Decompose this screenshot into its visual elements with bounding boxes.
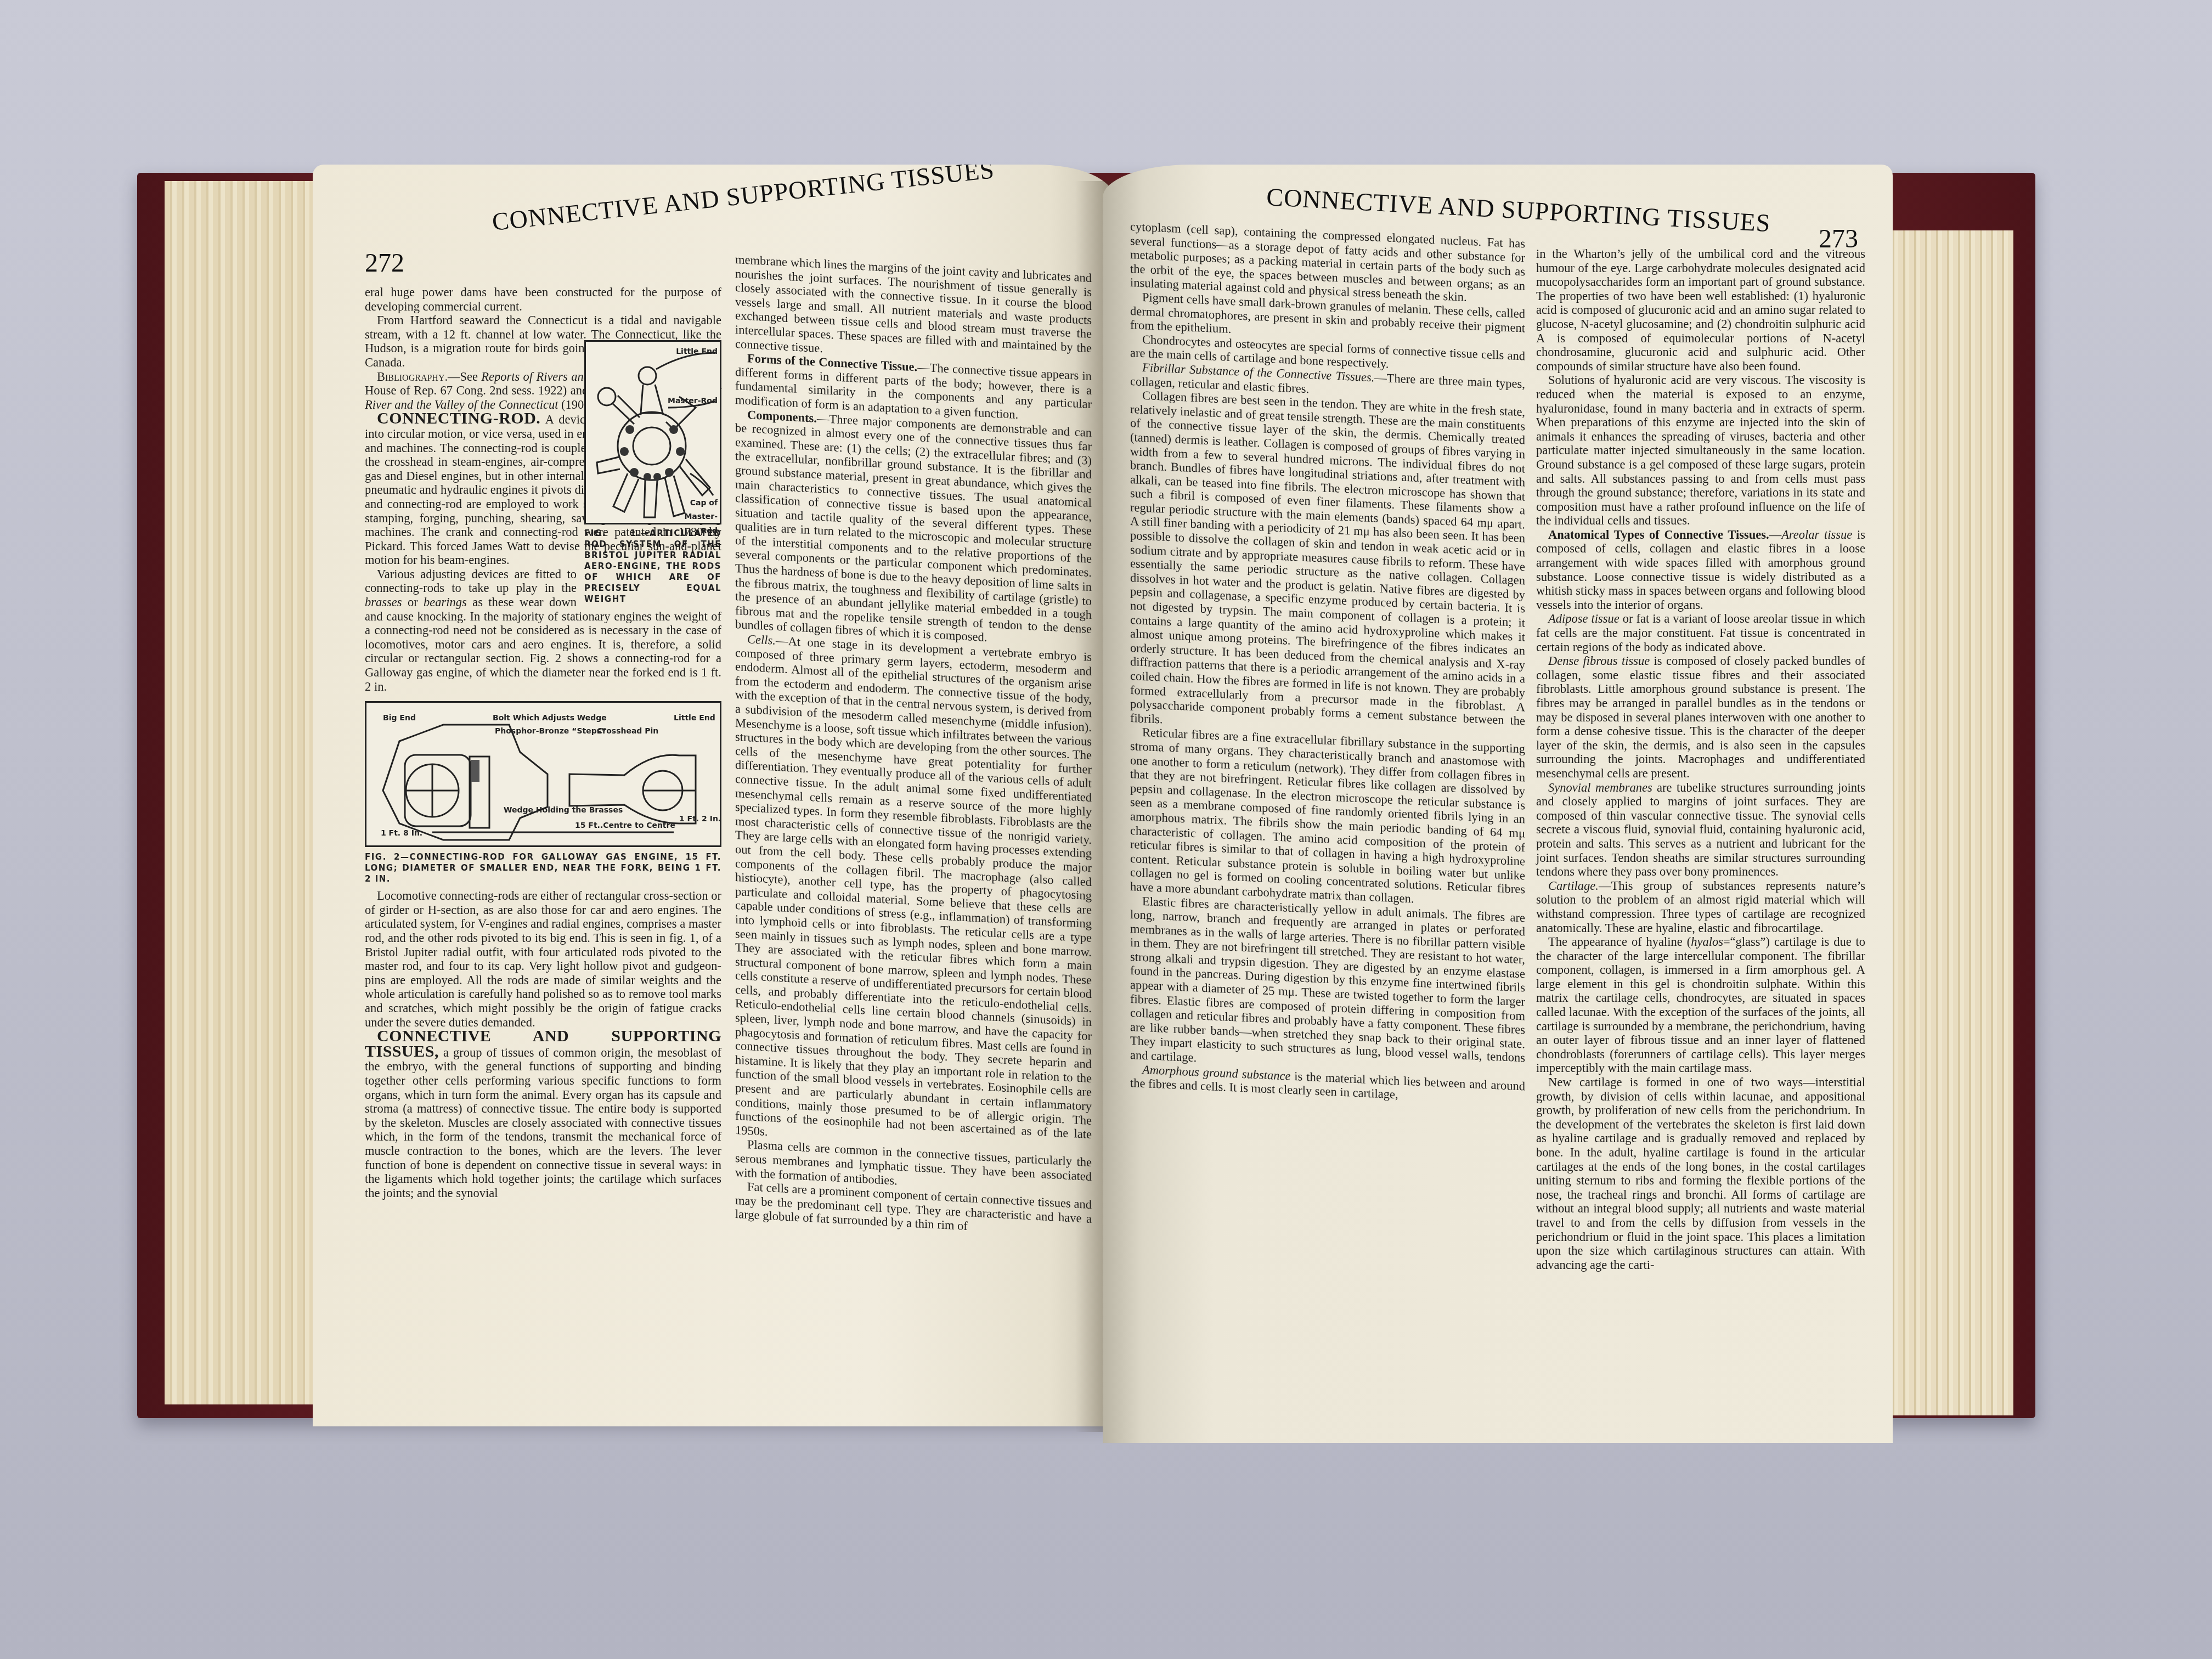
figure-2-label-crosshead-pin: Crosshead Pin xyxy=(597,725,658,739)
figure-2-label-dim-little: 1 Ft. 2 In. xyxy=(679,812,721,827)
left-page: 272 CONNECTIVE AND SUPPORTING TISSUES er… xyxy=(313,165,1114,1426)
articulated-rod-diagram-icon xyxy=(586,342,720,520)
figure-2-caption: Fig. 2—Connecting-rod for Galloway gas e… xyxy=(365,851,721,884)
subsection-cells: Cells.—At one stage in its development a… xyxy=(735,631,1092,1155)
paragraph: eral huge power dams have been construct… xyxy=(365,285,721,313)
figure-2-label-bolt: Bolt Which Adjusts Wedge xyxy=(493,712,607,726)
figure-2-label-wedge: Wedge Holding the Brasses xyxy=(504,804,623,818)
running-head-left: CONNECTIVE AND SUPPORTING TISSUES xyxy=(490,165,996,236)
figure-2-label-dim-centre: 15 Ft..Centre to Centre xyxy=(575,819,675,833)
paragraph: in the Wharton’s jelly of the umbilical … xyxy=(1536,247,1865,373)
left-page-column-2: membrane which lines the margins of the … xyxy=(735,252,1092,1240)
entry-title: CONNECTING-ROD. xyxy=(377,409,540,427)
figure-1-label-little-end: Little End xyxy=(676,345,718,359)
paragraph: Locomotive connecting-rods are either of… xyxy=(365,889,721,1029)
paragraph: Elastic fibres are characteristically ye… xyxy=(1130,894,1525,1080)
paragraph: Solutions of hyaluronic acid are very vi… xyxy=(1536,373,1865,528)
paragraph: The appearance of hyaline (hyalos=“glass… xyxy=(1536,935,1865,1075)
page-edges-right xyxy=(1887,230,2013,1415)
figure-2-label-dim-big: 1 Ft. 8 In. xyxy=(381,827,422,841)
left-page-column-1: eral huge power dams have been construct… xyxy=(365,285,721,1200)
figure-1: Little End Master-Rod Cap of Master-Rod … xyxy=(584,337,721,605)
page-edges-left xyxy=(165,181,329,1404)
right-page-column-2: in the Wharton’s jelly of the umbilical … xyxy=(1536,247,1865,1272)
entry-connective-tissues: CONNECTIVE AND SUPPORTING TISSUES, a gro… xyxy=(365,1029,721,1200)
subsection-components: Components.—Three major components are d… xyxy=(735,407,1092,651)
paragraph: Adipose tissue or fat is a variant of lo… xyxy=(1536,612,1865,654)
page-number-left: 272 xyxy=(365,248,404,278)
paragraph: Synovial membranes are tubelike structur… xyxy=(1536,781,1865,879)
right-page: CONNECTIVE AND SUPPORTING TISSUES 273 cy… xyxy=(1103,165,1893,1443)
figure-1-illustration: Little End Master-Rod Cap of Master-Rod xyxy=(584,340,721,524)
right-page-column-1: cytoplasm (cell sap), containing the com… xyxy=(1130,219,1525,1107)
figure-1-label-master-rod: Master-Rod xyxy=(668,394,718,409)
paragraph: Collagen fibres are best seen in the ten… xyxy=(1130,388,1525,742)
figure-2-label-steps: Phosphor-Bronze “Steps” xyxy=(495,725,606,739)
paragraph: New cartilage is formed in one of two wa… xyxy=(1536,1075,1865,1272)
figure-2-label-little-end: Little End xyxy=(674,712,715,726)
figure-1-label-cap: Cap of Master-Rod xyxy=(674,496,718,539)
paragraph: membrane which lines the margins of the … xyxy=(735,252,1092,369)
paragraph: Reticular fibres are a fine extracellula… xyxy=(1130,725,1525,911)
paragraph: Dense fibrous tissue is composed of clos… xyxy=(1536,654,1865,780)
subsection-anatomical-types: Anatomical Types of Connective Tissues.—… xyxy=(1536,528,1865,612)
figure-2-label-big-end: Big End xyxy=(383,712,416,726)
subsection-cartilage: Cartilage.—This group of substances repr… xyxy=(1536,879,1865,935)
figure-2-illustration: Big End Bolt Which Adjusts Wedge Phospho… xyxy=(365,701,721,847)
